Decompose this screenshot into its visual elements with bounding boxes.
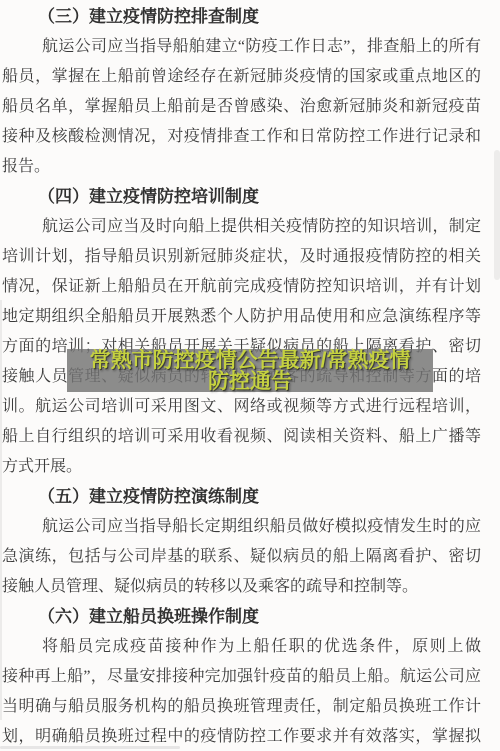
- body-line: 培训计划，指导船员识别新冠肺炎症状，及时通报疫情防控的相关: [2, 242, 481, 272]
- body-line: 地定期组织全船船员开展熟悉个人防护用品使用和应急演练程序等: [2, 302, 481, 332]
- body-line: 航运公司应当指导船舶建立“防疫工作日志”，排查船上的所有: [2, 32, 481, 62]
- body-line: 接触人员管理、疑似病员的转移以及乘客的疏导和控制等。: [2, 572, 481, 602]
- watermark-title-line1: 常熟市防控疫情公告最新/常熟疫情: [90, 350, 411, 371]
- body-line: 航运公司应当指导船长定期组织船员做好模拟疫情发生时的应: [2, 512, 481, 542]
- body-line: 训。航运公司培训可采用图文、网络或视频等方式进行远程培训，: [2, 392, 481, 422]
- body-line: 接种再上船”，尽量安排接种完加强针疫苗的船员上船。航运公司应: [2, 662, 481, 692]
- watermark-overlay: 常熟市防控疫情公告最新/常熟疫情 防控通告: [67, 349, 433, 392]
- watermark-title-line2: 防控通告: [208, 371, 292, 392]
- body-line: 航运公司应当及时向船上提供相关疫情防控的知识培训，制定: [2, 212, 481, 242]
- body-line: 方式开展。: [2, 452, 481, 482]
- scan-artifact: [494, 150, 500, 280]
- heading-section-4: （四）建立疫情防控培训制度: [2, 182, 481, 212]
- heading-section-5: （五）建立疫情防控演练制度: [2, 482, 481, 512]
- body-line: 将船员完成疫苗接种作为上船任职的优选条件，原则上做到“先: [2, 632, 481, 662]
- body-line: 船员名单，掌握船员上船前是否曾感染、治愈新冠肺炎和新冠疫苗: [2, 92, 481, 122]
- body-line: 报告。: [2, 152, 481, 182]
- body-line: 船上自行组织的培训可采用收看视频、阅读相关资料、船上广播等: [2, 422, 481, 452]
- heading-section-3: （三）建立疫情防控排查制度: [2, 2, 481, 32]
- body-line: 情况，保证新上船船员在开航前完成疫情防控知识培训，并有计划: [2, 272, 481, 302]
- scan-artifact: [0, 746, 180, 749]
- body-line: 急演练，包括与公司岸基的联系、疑似病员的船上隔离看护、密切: [2, 542, 481, 572]
- body-line: 接种及核酸检测情况，对疫情排查工作和日常防控工作进行记录和: [2, 122, 481, 152]
- scan-artifact: [0, 300, 2, 720]
- heading-section-6: （六）建立船员换班操作制度: [2, 602, 481, 632]
- body-line: 当明确与船员服务机构的船员换班管理责任，制定船员换班工作计: [2, 692, 481, 722]
- body-line: 船员，掌握在上船前曾途经存在新冠肺炎疫情的国家或重点地区的: [2, 62, 481, 92]
